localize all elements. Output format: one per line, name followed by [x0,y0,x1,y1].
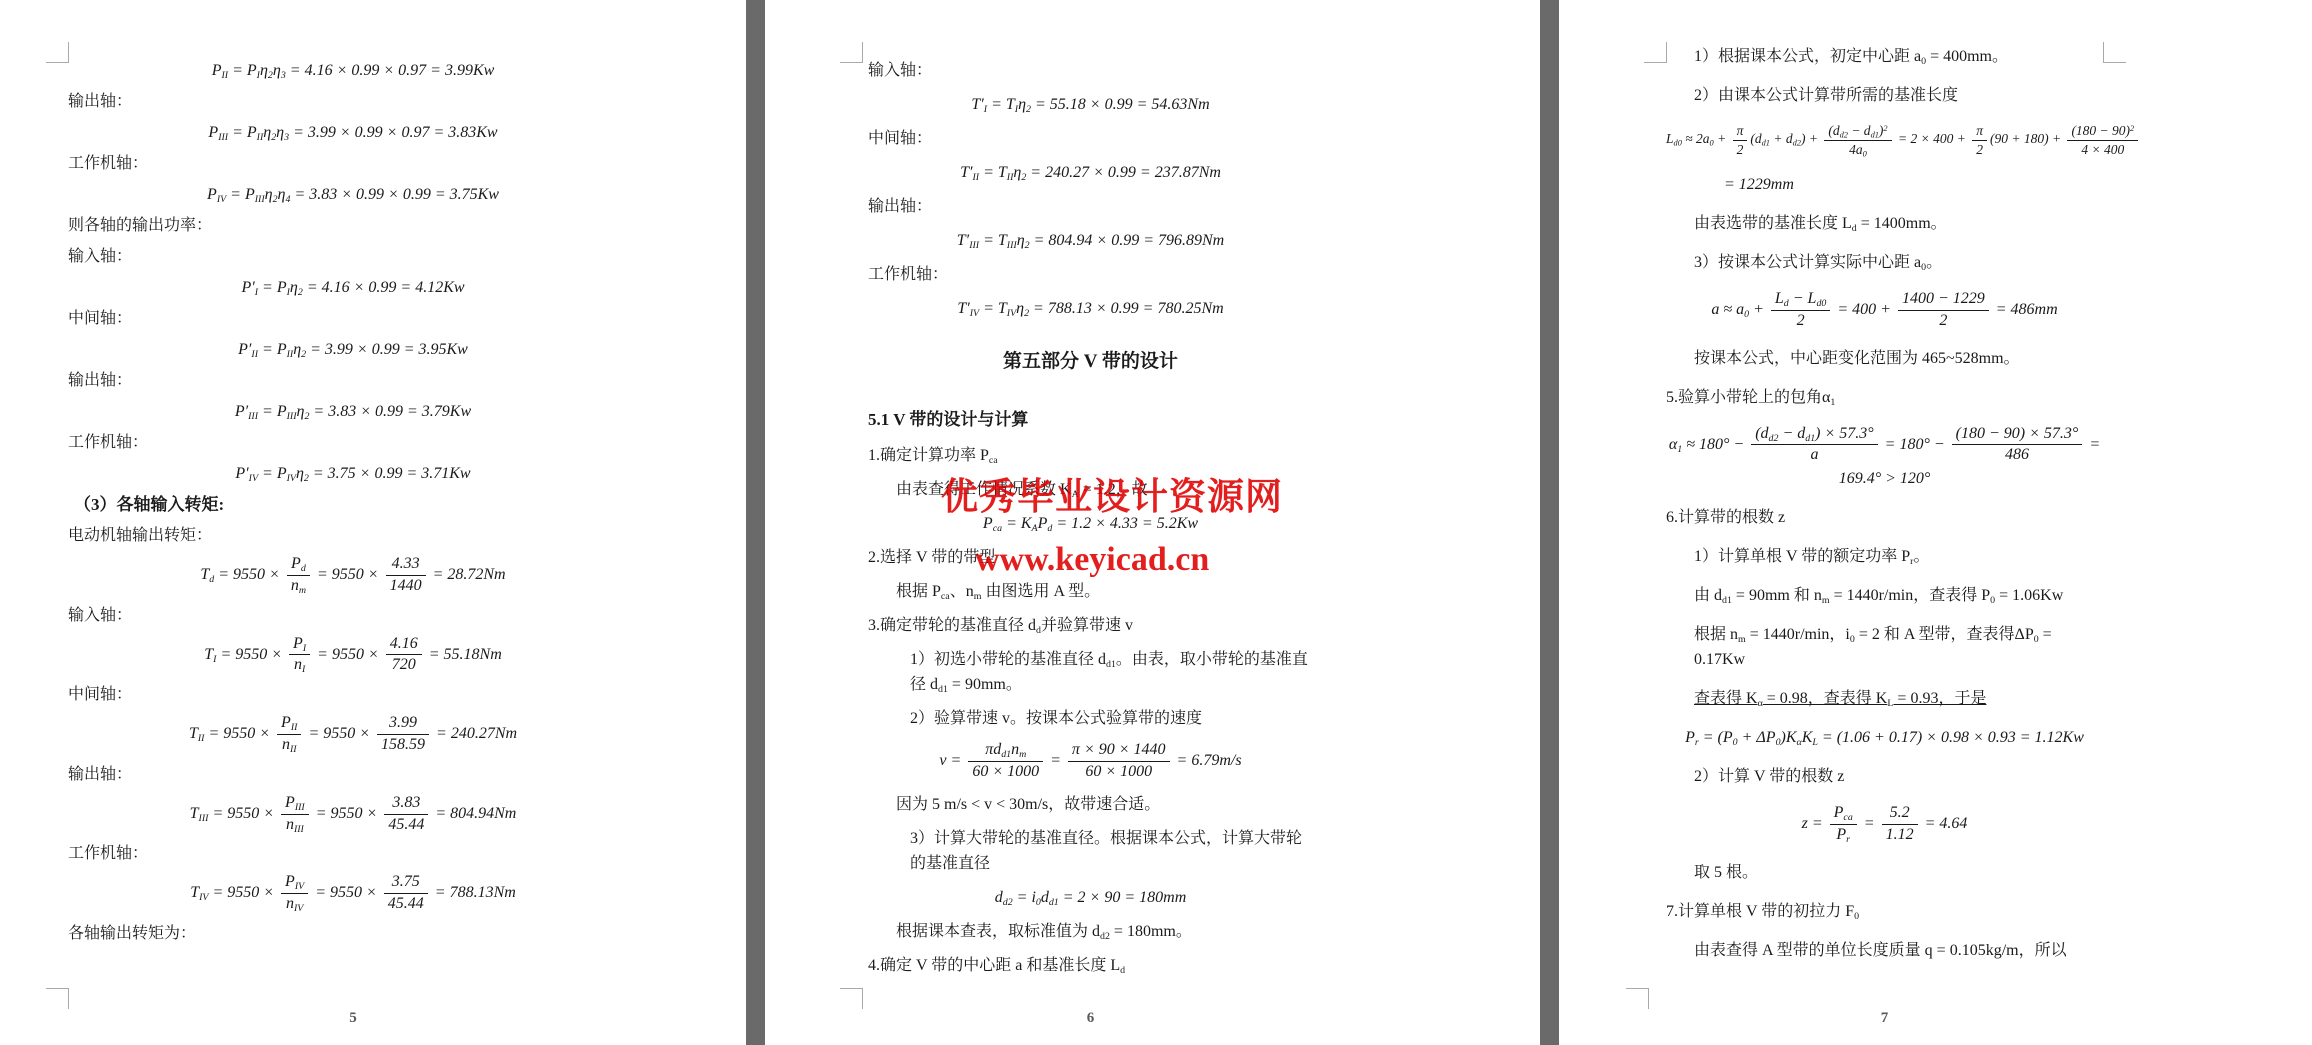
subsection-heading: 5.1 V 带的设计与计算 [868,407,1313,433]
section-heading: 第五部分 V 带的设计 [868,347,1313,377]
doc-text: 由表选带的基准长度 Ld = 1400mm。 [1666,211,2103,236]
doc-text: 由表查得工作情况系数 KA = 1.2，故 [868,477,1313,502]
doc-item: 6.计算带的根数 z [1666,505,2103,530]
doc-label: 输出轴： [68,368,638,393]
doc-label: 输出轴： [68,762,638,787]
doc-text: 1）初选小带轮的基准直径 dd1。由表，取小带轮的基准直径 dd1 = 90mm… [868,647,1313,697]
doc-label: 工作机轴： [68,430,638,455]
doc-formula: Pca = KAPd = 1.2 × 4.33 = 5.2Kw [868,511,1313,536]
doc-formula: P′II = PIIη2 = 3.99 × 0.99 = 3.95Kw [68,337,638,362]
doc-label: 工作机轴： [68,151,638,176]
doc-formula: a ≈ a0 + Ld − Ld02 = 400 + 1400 − 12292 … [1666,289,2103,332]
doc-label: 则各轴的输出功率： [68,213,638,238]
doc-item: 1.确定计算功率 Pca [868,443,1313,468]
doc-formula: P′III = PIIIη2 = 3.83 × 0.99 = 3.79Kw [68,399,638,424]
doc-label: 输出轴： [68,89,638,114]
doc-label: 输出轴： [868,194,1313,219]
doc-formula: Ld0 ≈ 2a0 + π2(dd1 + dd2) + (dd2 − dd1)2… [1666,122,2103,158]
doc-formula: v = πdd1nm60 × 1000 = π × 90 × 144060 × … [868,740,1313,783]
doc-formula: TIII = 9550 × PIIInIII = 9550 × 3.8345.4… [68,793,638,836]
doc-formula: T′III = TIIIη2 = 804.94 × 0.99 = 796.89N… [868,228,1313,253]
doc-label: 中间轴： [68,306,638,331]
crop-mark-page7-top-right [2103,42,2126,63]
page-5: PII = PIη2η3 = 4.16 × 0.99 × 0.97 = 3.99… [68,58,638,952]
doc-formula: α1 ≈ 180° − (dd2 − dd1) × 57.3°a = 180° … [1666,424,2103,492]
doc-text: 由 dd1 = 90mm 和 nm = 1440r/min，查表得 P0 = 1… [1666,583,2103,608]
doc-formula: P′IV = PIVη2 = 3.75 × 0.99 = 3.71Kw [68,461,638,486]
doc-text: 按课本公式，中心距变化范围为 465~528mm。 [1666,346,2103,371]
page-7: 1）根据课本公式，初定中心距 a0 = 400mm。2）由课本公式计算带所需的基… [1666,44,2103,977]
doc-formula: Pr = (P0 + ΔP0)KαKL = (1.06 + 0.17) × 0.… [1666,725,2103,750]
doc-formula: T′I = TIη2 = 55.18 × 0.99 = 54.63Nm [868,92,1313,117]
doc-formula: P′I = PIη2 = 4.16 × 0.99 = 4.12Kw [68,275,638,300]
doc-text: 2）验算带速 v。按课本公式验算带的速度 [868,706,1313,731]
doc-label: 中间轴： [68,682,638,707]
doc-formula: z = PcaPr = 5.21.12 = 4.64 [1666,803,2103,846]
doc-item: 4.确定 V 带的中心距 a 和基准长度 Ld [868,953,1313,978]
doc-label: 输入轴： [68,603,638,628]
crop-mark-page5-bottom-left [46,988,69,1009]
crop-mark-page6-bottom-left [840,988,863,1009]
doc-formula: TIV = 9550 × PIVnIV = 9550 × 3.7545.44 =… [68,872,638,915]
doc-text: 由表查得 A 型带的单位长度质量 q = 0.105kg/m，所以 [1666,938,2103,963]
doc-label: 各轴输出转矩为： [68,921,638,946]
doc-text: 1）根据课本公式，初定中心距 a0 = 400mm。 [1666,44,2103,69]
doc-text: 查表得 Kα = 0.98，查表得 KL = 0.93，于是 [1666,686,2103,711]
page-separator [746,0,765,1045]
doc-formula: T′IV = TIVη2 = 788.13 × 0.99 = 780.25Nm [868,296,1313,321]
doc-formula: TI = 9550 × PInI = 9550 × 4.16720 = 55.1… [68,634,638,677]
doc-text: 3）按课本公式计算实际中心距 a0。 [1666,250,2103,275]
doc-label: 中间轴： [868,126,1313,151]
doc-label: 工作机轴： [68,841,638,866]
crop-mark-page5-top-left [46,42,69,63]
doc-subheading: （3）各轴输入转矩: [68,492,638,517]
doc-item: 3.确定带轮的基准直径 dd并验算带速 v [868,613,1313,638]
doc-formula: PII = PIη2η3 = 4.16 × 0.99 × 0.97 = 3.99… [68,58,638,83]
doc-text: 取 5 根。 [1666,860,2103,885]
doc-label: 输入轴： [68,244,638,269]
doc-text: 根据 nm = 1440r/min，i0 = 2 和 A 型带，查表得ΔP0 =… [1666,622,2103,672]
doc-formula: PIV = PIIIη2η4 = 3.83 × 0.99 × 0.99 = 3.… [68,182,638,207]
doc-formula: T′II = TIIη2 = 240.27 × 0.99 = 237.87Nm [868,160,1313,185]
doc-item: 7.计算单根 V 带的初拉力 F0 [1666,899,2103,924]
crop-mark-page7-bottom-left [1626,988,1649,1009]
page-6: 输入轴：T′I = TIη2 = 55.18 × 0.99 = 54.63Nm中… [868,58,1313,987]
doc-item: 2.选择 V 带的带型 [868,545,1313,570]
doc-label: 电动机轴输出转矩： [68,523,638,548]
doc-formula: Td = 9550 × Pdnm = 9550 × 4.331440 = 28.… [68,554,638,597]
doc-text: 因为 5 m/s < v < 30m/s，故带速合适。 [868,792,1313,817]
doc-text: 3）计算大带轮的基准直径。根据课本公式，计算大带轮的基准直径 [868,826,1313,876]
page-number: 6 [868,1010,1313,1027]
doc-formula: TII = 9550 × PIInII = 9550 × 3.99158.59 … [68,713,638,756]
doc-text: 2）由课本公式计算带所需的基准长度 [1666,83,2103,108]
doc-text: 1）计算单根 V 带的额定功率 Pr。 [1666,544,2103,569]
page-separator [1540,0,1559,1045]
doc-text: 根据课本查表，取标准值为 dd2 = 180mm。 [868,919,1313,944]
crop-mark-page7-top-left [1644,42,1667,63]
doc-text: 根据 Pca、nm 由图选用 A 型。 [868,579,1313,604]
page-number: 7 [1666,1010,2103,1027]
doc-label: 输入轴： [868,58,1313,83]
doc-text: 2）计算 V 带的根数 z [1666,764,2103,789]
doc-item: 5.验算小带轮上的包角α1 [1666,385,2103,410]
crop-mark-page6-top-left [840,42,863,63]
doc-label: 工作机轴： [868,262,1313,287]
doc-formula: = 1229mm [1666,172,2103,197]
page-number: 5 [68,1010,638,1027]
doc-formula: PIII = PIIη2η3 = 3.99 × 0.99 × 0.97 = 3.… [68,120,638,145]
doc-formula: dd2 = i0dd1 = 2 × 90 = 180mm [868,885,1313,910]
document-canvas: { "colors": { "separator": "#6a6a6a", "p… [0,0,2312,1045]
